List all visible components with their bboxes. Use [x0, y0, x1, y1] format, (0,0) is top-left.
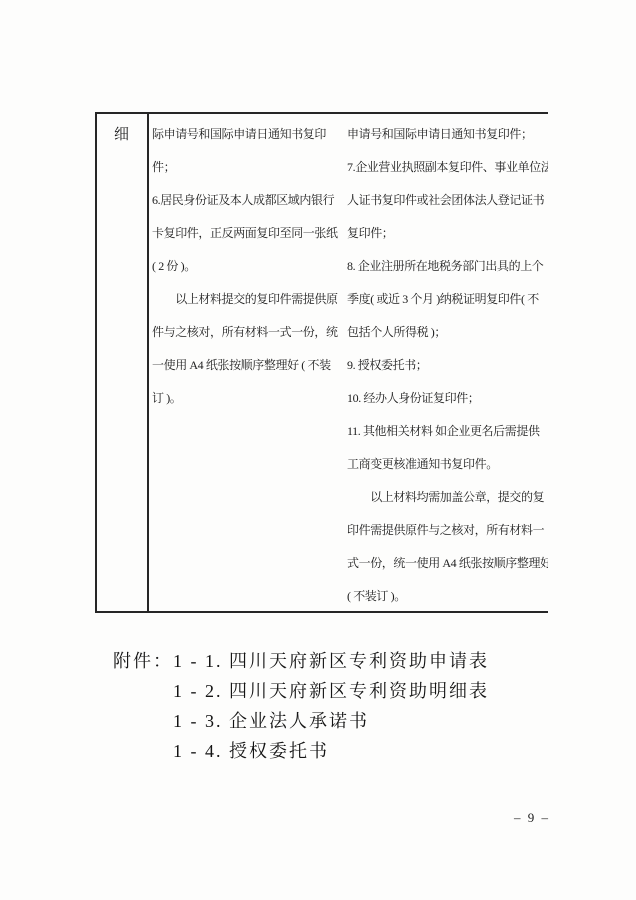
table-text-line: 复印件；: [347, 217, 546, 250]
table-text-line: 工商变更核准通知书复印件。: [347, 448, 546, 481]
table-text-line: 11. 其他相关材料 如企业更名后需提供: [347, 415, 546, 448]
table-text-line: 式一份，统一使用 A4 纸张按顺序整理好: [347, 547, 546, 580]
row-header-text: 细: [114, 127, 130, 143]
table-row-header-cell: 细: [97, 114, 149, 611]
table-text-line: 印件需提供原件与之核对，所有材料一: [347, 514, 546, 547]
table-text-line: 季度( 或近 3 个月 )纳税证明复印件( 不: [347, 283, 546, 316]
attachments-label: 附件：: [113, 646, 173, 766]
table-text-line: 件；: [152, 151, 345, 184]
document-page: 细 际申请号和国际申请日通知书复印件；6.居民身份证及本人成都区域内银行卡复印件…: [0, 0, 636, 900]
attachment-item: 1 - 4. 授权委托书: [173, 736, 489, 766]
table-cell-content: 际申请号和国际申请日通知书复印件；6.居民身份证及本人成都区域内银行卡复印件，正…: [149, 114, 548, 611]
table-text-line: 卡复印件，正反两面复印至同一张纸: [152, 217, 345, 250]
attachment-item: 1 - 2. 四川天府新区专利资助明细表: [173, 676, 489, 706]
table-text-line: 一使用 A4 纸张按顺序整理好 ( 不装: [152, 349, 345, 382]
table-text-line: 9. 授权委托书；: [347, 349, 546, 382]
materials-table: 细 际申请号和国际申请日通知书复印件；6.居民身份证及本人成都区域内银行卡复印件…: [95, 112, 548, 613]
table-text-column-right: 申请号和国际申请日通知书复印件；7.企业营业执照副本复印件、事业单位法人证书复印…: [345, 118, 546, 611]
table-text-line: 10. 经办人身份证复印件；: [347, 382, 546, 415]
table-text-line: 以上材料提交的复印件需提供原: [152, 283, 345, 316]
table-text-line: 申请号和国际申请日通知书复印件；: [347, 118, 546, 151]
table-text-line: 订 )。: [152, 382, 345, 415]
attachments-list: 1 - 1. 四川天府新区专利资助申请表1 - 2. 四川天府新区专利资助明细表…: [173, 646, 489, 766]
table-text-line: 件与之核对，所有材料一式一份，统: [152, 316, 345, 349]
attachment-item: 1 - 3. 企业法人承诺书: [173, 706, 489, 736]
table-text-line: ( 2 份 )。: [152, 250, 345, 283]
page-number: – 9 –: [514, 810, 550, 826]
table-text-line: 6.居民身份证及本人成都区域内银行: [152, 184, 345, 217]
table-text-line: 包括个人所得税 )；: [347, 316, 546, 349]
table-text-line: 8. 企业注册所在地税务部门出具的上个: [347, 250, 546, 283]
table-text-line: ( 不装订 )。: [347, 580, 546, 611]
table-text-column-left: 际申请号和国际申请日通知书复印件；6.居民身份证及本人成都区域内银行卡复印件，正…: [149, 118, 345, 611]
table-text-line: 以上材料均需加盖公章，提交的复: [347, 481, 546, 514]
table-text-line: 际申请号和国际申请日通知书复印: [152, 118, 345, 151]
attachments-section: 附件： 1 - 1. 四川天府新区专利资助申请表1 - 2. 四川天府新区专利资…: [113, 646, 489, 766]
table-text-line: 人证书复印件或社会团体法人登记证书: [347, 184, 546, 217]
table-text-line: 7.企业营业执照副本复印件、事业单位法: [347, 151, 546, 184]
attachment-item: 1 - 1. 四川天府新区专利资助申请表: [173, 646, 489, 676]
